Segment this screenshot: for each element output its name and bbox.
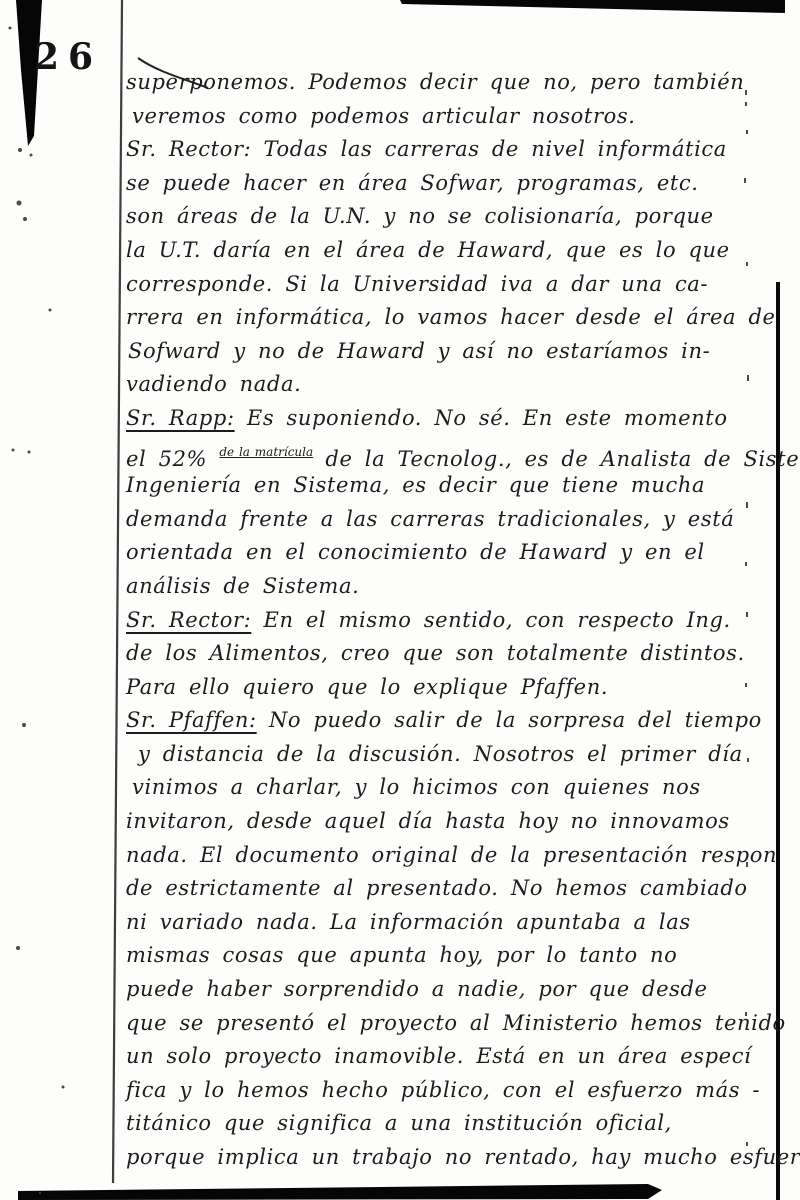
handwritten-line-32: titánico que significa a una institución…: [126, 1107, 790, 1141]
line-text: el 52%: [126, 447, 219, 471]
speaker-label: Sr. Rapp:: [126, 406, 235, 430]
line-text: No puedo salir de la sorpresa del tiempo: [257, 708, 762, 732]
line-text: Sofward y no de Haward y así no estaríam…: [128, 339, 710, 363]
handwritten-line-25: de estrictamente al presentado. No hemos…: [126, 872, 790, 906]
line-text: vinimos a charlar, y lo hicimos con quie…: [132, 775, 701, 799]
line-text: corresponde. Si la Universidad iva a dar…: [126, 272, 708, 296]
handwritten-line-10: vadiendo nada.: [126, 368, 790, 402]
handwritten-line-27: mismas cosas que apunta hoy, por lo tant…: [126, 939, 790, 973]
page-number: 26: [34, 36, 102, 78]
handwritten-line-31: fica y lo hemos hecho público, con el es…: [126, 1074, 790, 1108]
line-text: son áreas de la U.N. y no se colisionarí…: [126, 204, 714, 228]
handwritten-line-21: y distancia de la discusión. Nosotros el…: [138, 738, 790, 772]
line-text: En el mismo sentido, con respecto Ing.: [251, 608, 731, 632]
handwritten-line-29: que se presentó el proyecto al Ministeri…: [126, 1007, 790, 1041]
line-text: fica y lo hemos hecho público, con el es…: [126, 1078, 760, 1102]
line-text: demanda frente a las carreras tradiciona…: [126, 507, 734, 531]
line-text: veremos como podemos articular nosotros.: [132, 104, 635, 128]
line-text: de estrictamente al presentado. No hemos…: [126, 876, 748, 900]
handwritten-line-4: se puede hacer en área Sofwar, programas…: [126, 167, 790, 201]
line-text: nada. El documento original de la presen…: [126, 843, 777, 867]
scan-edge-top: [400, 0, 785, 13]
line-text: un solo proyecto inamovible. Está en un …: [126, 1044, 751, 1068]
line-text: Para ello quiero que lo explique Pfaffen…: [126, 675, 608, 699]
handwritten-line-5: son áreas de la U.N. y no se colisionarí…: [126, 200, 790, 234]
line-text: Ingeniería en Sistema, es decir que tien…: [126, 473, 705, 497]
handwritten-line-11: Sr. Rapp: Es suponiendo. No sé. En este …: [126, 402, 790, 436]
line-text: análisis de Sistema.: [126, 574, 359, 598]
line-text: ni variado nada. La información apuntaba…: [126, 910, 691, 934]
line-text: mismas cosas que apunta hoy, por lo tant…: [126, 943, 677, 967]
line-text: titánico que significa a una institución…: [126, 1111, 672, 1135]
speaker-label: Sr. Rector:: [126, 608, 251, 632]
line-text: puede haber sorprendido a nadie, por que…: [126, 977, 708, 1001]
handwritten-line-22: vinimos a charlar, y lo hicimos con quie…: [132, 771, 790, 805]
line-text: vadiendo nada.: [126, 372, 301, 396]
handwritten-line-19: Para ello quiero que lo explique Pfaffen…: [126, 671, 790, 705]
line-text: invitaron, desde aquel día hasta hoy no …: [126, 809, 730, 833]
line-text: que se presentó el proyecto al Ministeri…: [126, 1011, 786, 1035]
line-text: de los Alimentos, creo que son totalment…: [126, 641, 745, 665]
handwritten-line-24: nada. El documento original de la presen…: [126, 839, 790, 873]
speaker-label: Sr. Pfaffen:: [126, 708, 257, 732]
handwritten-line-6: la U.T. daría en el área de Haward, que …: [126, 234, 790, 268]
handwritten-line-3: Sr. Rector: Todas las carreras de nivel …: [126, 133, 790, 167]
line-text: orientada en el conocimiento de Haward y…: [126, 540, 705, 564]
inserted-annotation: de la matrícula: [219, 445, 313, 459]
handwritten-line-33: porque implica un trabajo no rentado, ha…: [126, 1141, 790, 1175]
handwritten-line-12: el 52% de la matrícula de la Tecnolog., …: [126, 436, 790, 470]
handwritten-line-15: orientada en el conocimiento de Haward y…: [126, 536, 790, 570]
line-text: superponemos. Podemos decir que no, pero…: [126, 70, 744, 94]
handwritten-line-7: corresponde. Si la Universidad iva a dar…: [126, 268, 790, 302]
line-text: la U.T. daría en el área de Haward, que …: [126, 238, 730, 262]
line-text: de la Tecnolog., es de Analista de Siste…: [313, 447, 800, 471]
line-text: porque implica un trabajo no rentado, ha…: [126, 1145, 800, 1169]
line-text: se puede hacer en área Sofwar, programas…: [126, 171, 699, 195]
line-text: Sr. Rector: Todas las carreras de nivel …: [126, 137, 727, 161]
margin-rule-line: [113, 0, 122, 1183]
handwritten-line-2: veremos como podemos articular nosotros.: [132, 100, 790, 134]
scanned-minutes-page: 26 superponemos. Podemos decir que no, p…: [0, 0, 800, 1200]
handwritten-line-30: un solo proyecto inamovible. Está en un …: [126, 1040, 790, 1074]
line-text: rrera en informática, lo vamos hacer des…: [126, 305, 776, 329]
scan-edge-bottom: [18, 1184, 662, 1200]
line-text: Es suponiendo. No sé. En este momento: [235, 406, 728, 430]
handwritten-line-28: puede haber sorprendido a nadie, por que…: [126, 973, 790, 1007]
handwritten-line-16: análisis de Sistema.: [126, 570, 790, 604]
handwritten-line-18: de los Alimentos, creo que son totalment…: [126, 637, 790, 671]
handwritten-line-9: Sofward y no de Haward y así no estaríam…: [128, 335, 790, 369]
handwritten-line-13: Ingeniería en Sistema, es decir que tien…: [126, 469, 790, 503]
handwritten-line-14: demanda frente a las carreras tradiciona…: [126, 503, 790, 537]
handwritten-line-20: Sr. Pfaffen: No puedo salir de la sorpre…: [126, 704, 790, 738]
handwritten-line-26: ni variado nada. La información apuntaba…: [126, 906, 790, 940]
handwritten-line-23: invitaron, desde aquel día hasta hoy no …: [126, 805, 790, 839]
handwritten-line-17: Sr. Rector: En el mismo sentido, con res…: [126, 604, 790, 638]
handwritten-line-8: rrera en informática, lo vamos hacer des…: [126, 301, 790, 335]
line-text: y distancia de la discusión. Nosotros el…: [138, 742, 743, 766]
handwritten-text-block: superponemos. Podemos decir que no, pero…: [126, 66, 790, 1175]
handwritten-line-1: superponemos. Podemos decir que no, pero…: [126, 66, 790, 100]
